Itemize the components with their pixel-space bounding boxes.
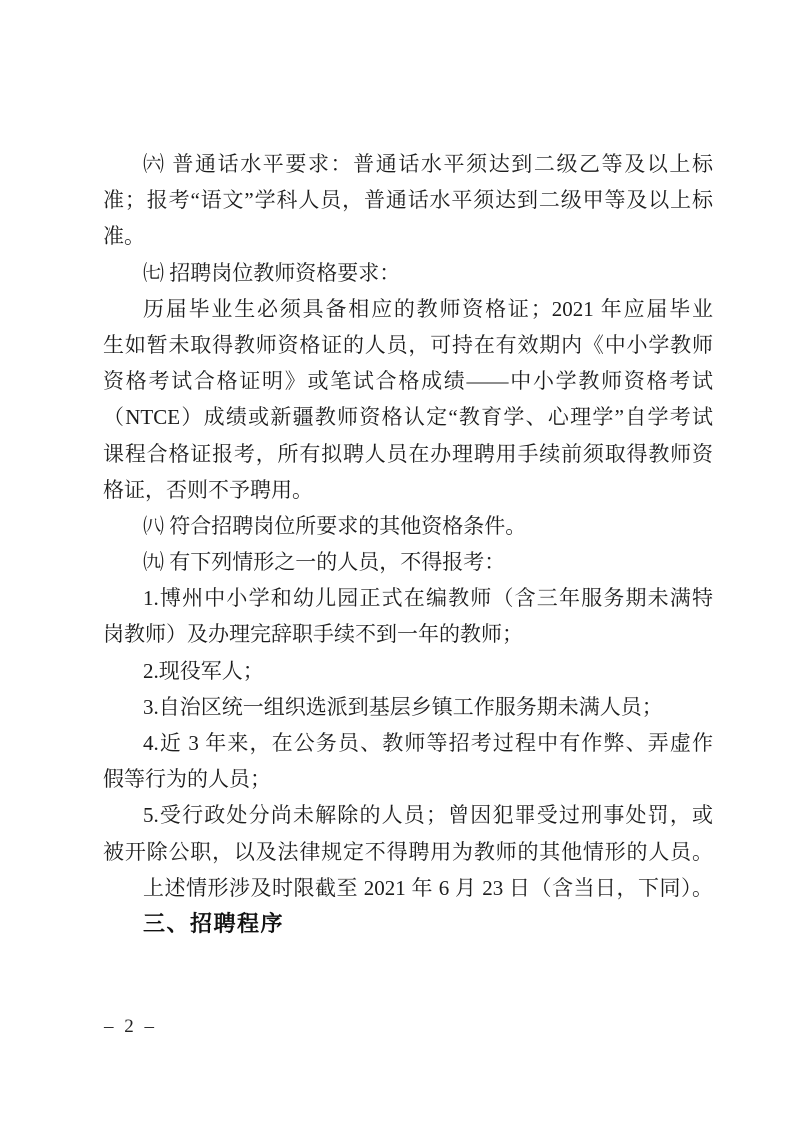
- text-line: ㈦ 招聘岗位教师资格要求：: [103, 255, 713, 291]
- text-line: 1.博州中小学和幼儿园正式在编教师（含三年服务期未满特: [103, 580, 713, 616]
- text-line: 岗教师）及办理完辞职手续不到一年的教师；: [103, 616, 713, 652]
- text-line: 格证，否则不予聘用。: [103, 472, 713, 508]
- text-line: ㈨ 有下列情形之一的人员，不得报考：: [103, 544, 713, 580]
- text-line: 准；报考“语文”学科人员，普通话水平须达到二级甲等及以上标: [103, 182, 713, 218]
- text-line: 资格考试合格证明》或笔试合格成绩——中小学教师资格考试: [103, 363, 713, 399]
- text-line: 3.自治区统一组织选派到基层乡镇工作服务期未满人员；: [103, 689, 713, 725]
- text-line: 准。: [103, 218, 713, 254]
- text-line: 5.受行政处分尚未解除的人员；曾因犯罪受过刑事处罚，或: [103, 797, 713, 833]
- page-number: – 2 –: [104, 1014, 157, 1040]
- text-line: 2.现役军人；: [103, 653, 713, 689]
- text-line: 上述情形涉及时限截至 2021 年 6 月 23 日（含当日，下同）。: [103, 870, 713, 906]
- document-body: ㈥ 普通话水平要求：普通话水平须达到二级乙等及以上标 准；报考“语文”学科人员，…: [103, 146, 713, 942]
- document-page: ㈥ 普通话水平要求：普通话水平须达到二级乙等及以上标 准；报考“语文”学科人员，…: [0, 0, 793, 1122]
- text-line: 课程合格证报考，所有拟聘人员在办理聘用手续前须取得教师资: [103, 436, 713, 472]
- text-line: 被开除公职，以及法律规定不得聘用为教师的其他情形的人员。: [103, 834, 713, 870]
- text-line: 历届毕业生必须具备相应的教师资格证；2021 年应届毕业: [103, 291, 713, 327]
- text-line: ㈧ 符合招聘岗位所要求的其他资格条件。: [103, 508, 713, 544]
- text-line: 生如暂未取得教师资格证的人员，可持在有效期内《中小学教师: [103, 327, 713, 363]
- text-line: 4.近 3 年来，在公务员、教师等招考过程中有作弊、弄虚作: [103, 725, 713, 761]
- section-heading: 三、招聘程序: [103, 906, 713, 942]
- text-line: （NTCE）成绩或新疆教师资格认定“教育学、心理学”自学考试: [103, 399, 713, 435]
- text-line: ㈥ 普通话水平要求：普通话水平须达到二级乙等及以上标: [103, 146, 713, 182]
- text-line: 假等行为的人员；: [103, 761, 713, 797]
